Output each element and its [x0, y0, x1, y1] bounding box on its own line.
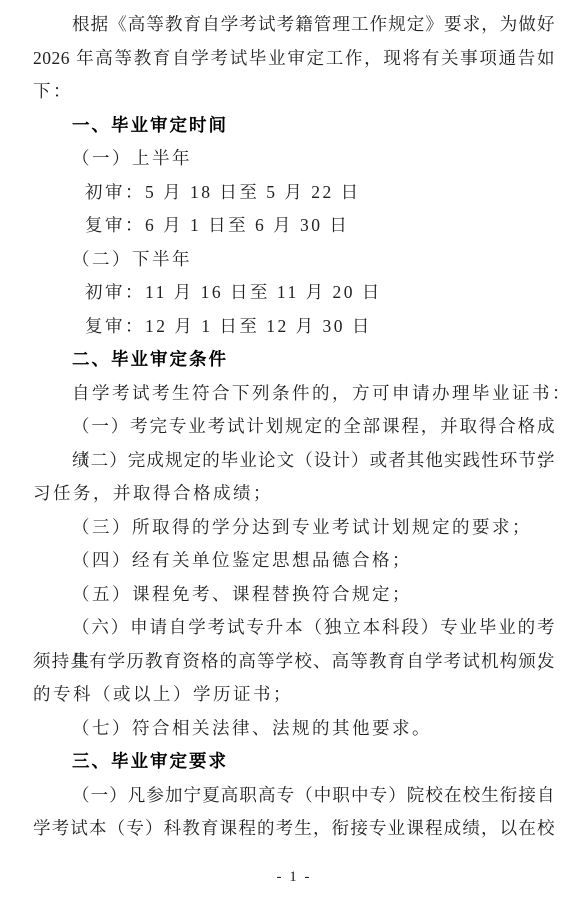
condition-item-7: （七）符合相关法律、法规的其他要求。	[33, 712, 555, 746]
subsection-second-half-year: （二）下半年	[33, 243, 555, 277]
section-heading-review-time: 一、毕业审定时间	[33, 109, 555, 143]
subsection-first-half-year: （一）上半年	[33, 142, 555, 176]
document-page: 根据《高等教育自学考试考籍管理工作规定》要求，为做好 2026 年高等教育自学考…	[0, 0, 588, 900]
section-heading-review-conditions: 二、毕业审定条件	[33, 343, 555, 377]
section-heading-review-requirements: 三、毕业审定要求	[33, 745, 555, 779]
condition-item-3: （三）所取得的学分达到专业考试计划规定的要求；	[33, 511, 555, 545]
condition-item-2: （二）完成规定的毕业论文（设计）或者其他实践性环节学	[33, 444, 555, 478]
page-number: - 1 -	[0, 869, 588, 886]
condition-item-2-continued: 习任务，并取得合格成绩；	[33, 477, 555, 511]
text-line: 自学考试考生符合下列条件的，方可申请办理毕业证书：	[33, 377, 555, 411]
condition-item-6-continued: 须持具有学历教育资格的高等学校、高等教育自学考试机构颁发	[33, 645, 555, 679]
condition-item-6-continued: 的专科（或以上）学历证书；	[33, 678, 555, 712]
document-body: 根据《高等教育自学考试考籍管理工作规定》要求，为做好 2026 年高等教育自学考…	[0, 0, 588, 846]
text-line: 2026 年高等教育自学考试毕业审定工作，现将有关事项通告如	[33, 42, 555, 76]
text-line: 根据《高等教育自学考试考籍管理工作规定》要求，为做好	[33, 8, 555, 42]
condition-item-6: （六）申请自学考试专升本（独立本科段）专业毕业的考生，	[33, 611, 555, 645]
condition-item-4: （四）经有关单位鉴定思想品德合格；	[33, 544, 555, 578]
final-review-dates-first-half: 复审：6 月 1 日至 6 月 30 日	[33, 209, 555, 243]
initial-review-dates-second-half: 初审：11 月 16 日至 11 月 20 日	[33, 276, 555, 310]
condition-item-1: （一）考完专业考试计划规定的全部课程，并取得合格成绩；	[33, 410, 555, 444]
requirement-item-1-continued: 学考试本（专）科教育课程的考生，衔接专业课程成绩，以在校	[33, 812, 555, 846]
final-review-dates-second-half: 复审：12 月 1 日至 12 月 30 日	[33, 310, 555, 344]
text-line: 下：	[33, 75, 555, 109]
initial-review-dates-first-half: 初审：5 月 18 日至 5 月 22 日	[33, 176, 555, 210]
condition-item-5: （五）课程免考、课程替换符合规定；	[33, 578, 555, 612]
requirement-item-1: （一）凡参加宁夏高职高专（中职中专）院校在校生衔接自	[33, 779, 555, 813]
